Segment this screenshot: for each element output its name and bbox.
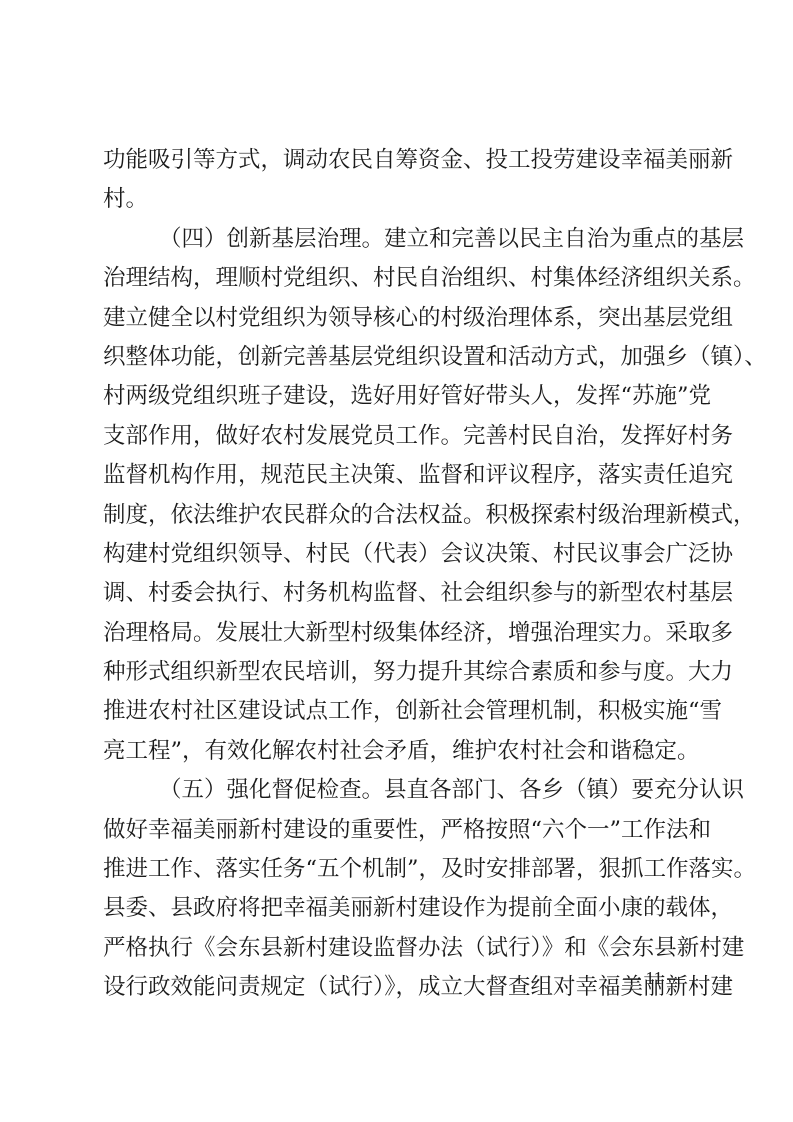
paragraph-line: 做好幸福美丽新村建设的重要性，严格按照“六个一”工作法和 bbox=[103, 811, 693, 850]
section-heading-line: （五）强化督促检查。县直各部门、各乡（镇）要充分认识 bbox=[103, 771, 693, 810]
paragraph-line: 功能吸引等方式，调动农民自筹资金、投工投劳建设幸福美丽新 bbox=[103, 141, 693, 180]
paragraph-line: 构建村党组织领导、村民（代表）会议决策、村民议事会广泛协 bbox=[103, 535, 693, 574]
paragraph-line: 设行政效能问责规定（试行）》，成立大督查组对幸福美丽新村建 bbox=[103, 968, 693, 1007]
paragraph-line: 治理格局。发展壮大新型村级集体经济，增强治理实力。采取多 bbox=[103, 614, 693, 653]
paragraph-line: 支部作用，做好农村发展党员工作。完善村民自治，发挥好村务 bbox=[103, 417, 693, 456]
paragraph-line: 推进农村社区建设试点工作，创新社会管理机制，积极实施“雪 bbox=[103, 692, 693, 731]
section-heading-line: （四）创新基层治理。建立和完善以民主自治为重点的基层 bbox=[103, 220, 693, 259]
paragraph-line: 织整体功能，创新完善基层党组织设置和活动方式，加强乡（镇）、 bbox=[103, 338, 693, 377]
document-page: 功能吸引等方式，调动农民自筹资金、投工投劳建设幸福美丽新 村。 （四）创新基层治… bbox=[103, 141, 693, 1008]
paragraph-line: 监督机构作用，规范民主决策、监督和评议程序，落实责任追究 bbox=[103, 456, 693, 495]
paragraph-line: 调、村委会执行、村务机构监督、社会组织参与的新型农村基层 bbox=[103, 574, 693, 613]
paragraph-line: 建立健全以村党组织为领导核心的村级治理体系，突出基层党组 bbox=[103, 299, 693, 338]
paragraph-line: 制度，依法维护农民群众的合法权益。积极探索村级治理新模式， bbox=[103, 496, 693, 535]
paragraph-line: 种形式组织新型农民培训，努力提升其综合素质和参与度。大力 bbox=[103, 653, 693, 692]
page-number: — 11 — bbox=[614, 966, 694, 990]
paragraph-line: 严格执行《会东县新村建设监督办法（试行）》和《会东县新村建 bbox=[103, 929, 693, 968]
paragraph-line: 推进工作、落实任务“五个机制”，及时安排部署，狠抓工作落实。 bbox=[103, 850, 693, 889]
paragraph-line: 村。 bbox=[103, 180, 693, 219]
paragraph-line: 村两级党组织班子建设，选好用好管好带头人，发挥“苏施”党 bbox=[103, 377, 693, 416]
paragraph-line: 亮工程”，有效化解农村社会矛盾，维护农村社会和谐稳定。 bbox=[103, 732, 693, 771]
paragraph-line: 县委、县政府将把幸福美丽新村建设作为提前全面小康的载体， bbox=[103, 889, 693, 928]
paragraph-line: 治理结构，理顺村党组织、村民自治组织、村集体经济组织关系。 bbox=[103, 259, 693, 298]
